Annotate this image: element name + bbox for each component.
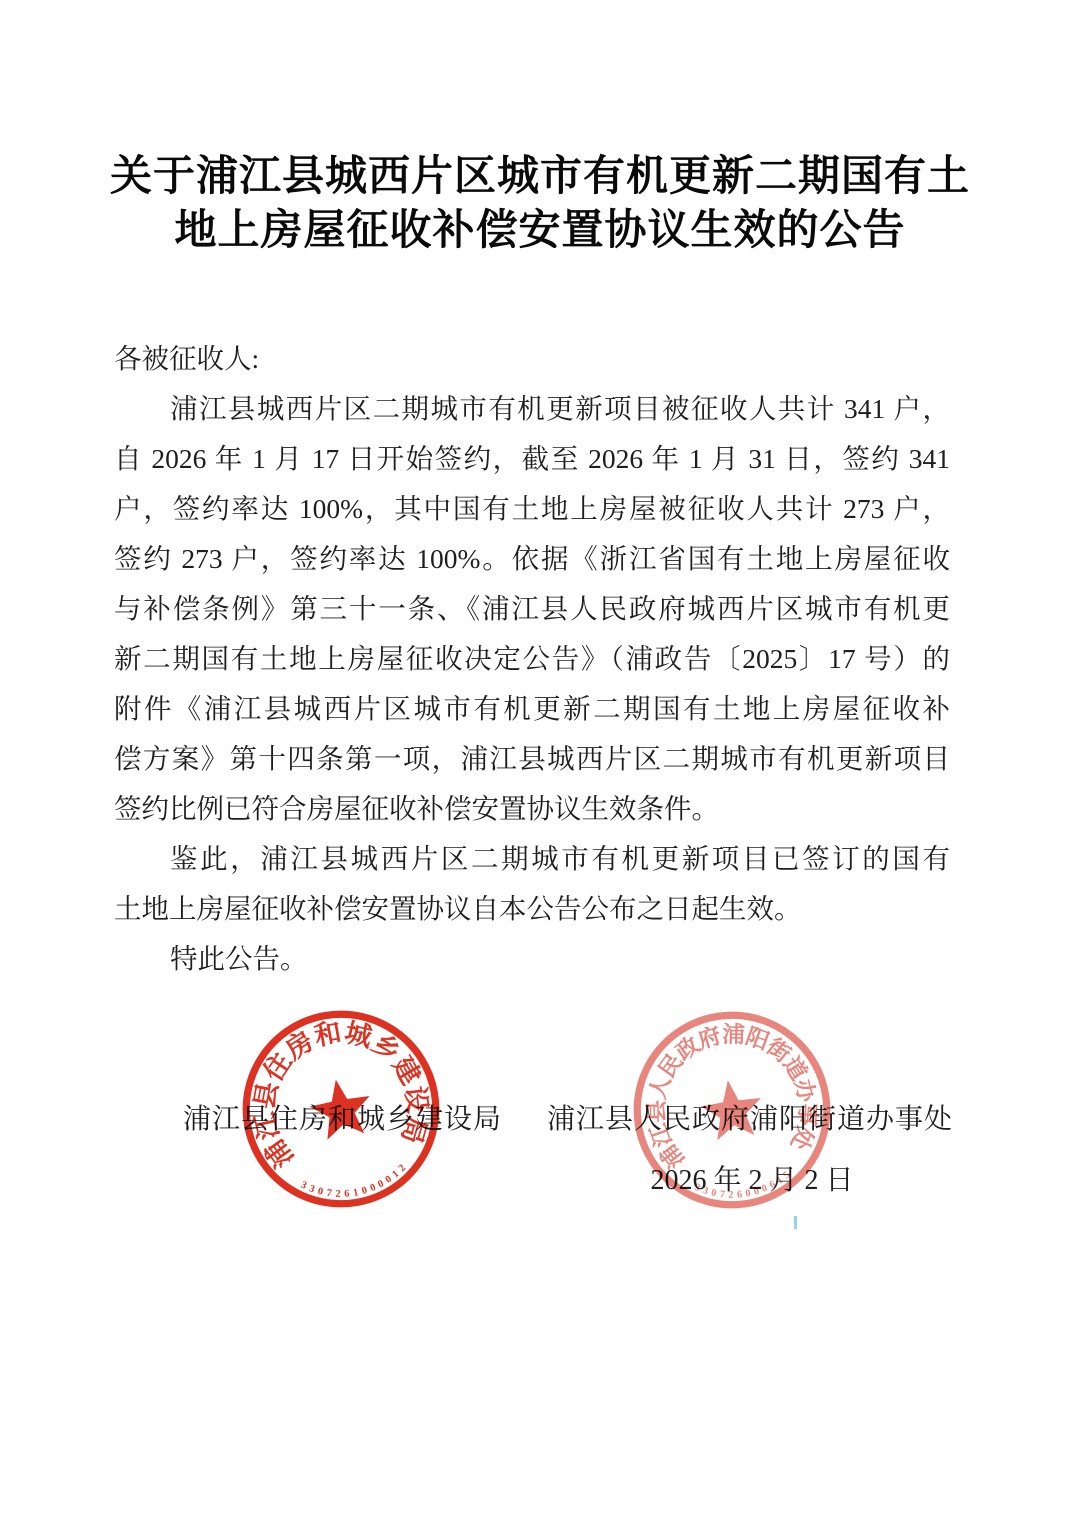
body-line: 偿方案》第十四条第一项，浦江县城西片区二期城市有机更新项目: [114, 734, 950, 784]
svg-text:民: 民: [654, 1049, 688, 1082]
title-line-1: 关于浦江县城西片区城市有机更新二期国有土: [0, 150, 1080, 204]
svg-text:街: 街: [762, 1034, 796, 1068]
svg-text:办: 办: [790, 1076, 820, 1106]
seal-org-arc-text: 浦江县住房和城乡建设局: [235, 1004, 440, 1176]
svg-text:0: 0: [369, 1182, 378, 1194]
svg-text:1: 1: [352, 1187, 359, 1199]
svg-text:0: 0: [361, 1185, 369, 1197]
body-line: 浦江县城西片区二期城市有机更新项目被征收人共计 341 户，: [114, 384, 950, 434]
body-line: 新二期国有土地上房屋征收决定公告》（浦政告〔2025〕17 号）的: [114, 634, 950, 684]
svg-text:2: 2: [397, 1163, 408, 1174]
svg-text:1: 1: [390, 1169, 401, 1181]
body-line: 自 2026 年 1 月 17 日开始签约，截至 2026 年 1 月 31 日…: [114, 434, 950, 484]
body-line: 特此公告。: [114, 934, 950, 984]
svg-text:6: 6: [344, 1188, 350, 1199]
page-title: 关于浦江县城西片区城市有机更新二期国有土 地上房屋征收补偿安置协议生效的公告: [0, 150, 1080, 258]
body-line: 签约 273 户，签约率达 100%。依据《浙江省国有土地上房屋征收: [114, 534, 950, 584]
svg-text:阳: 阳: [743, 1023, 773, 1054]
body-line: 签约比例已符合房屋征收补偿安置协议生效条件。: [114, 784, 950, 834]
document-body: 各被征收人: 浦江县城西片区二期城市有机更新项目被征收人共计 341 户， 自 …: [114, 334, 950, 984]
body-line: 鉴此，浦江县城西片区二期城市有机更新项目已签订的国有: [114, 834, 950, 884]
seal-number-arc-text: 3307261000012: [297, 1161, 411, 1208]
svg-text:政: 政: [671, 1032, 704, 1066]
svg-text:府: 府: [695, 1022, 725, 1054]
svg-text:乡: 乡: [366, 1027, 406, 1068]
svg-text:浦: 浦: [259, 1134, 299, 1173]
signature-right-org: 浦江县人民政府浦阳街道办事处: [547, 1103, 953, 1137]
signature-left-org: 浦江县住房和城乡建设局: [183, 1103, 502, 1137]
svg-text:0: 0: [384, 1174, 394, 1186]
svg-text:3: 3: [308, 1183, 317, 1195]
svg-text:7: 7: [326, 1188, 333, 1200]
svg-text:浦: 浦: [722, 1022, 746, 1047]
svg-text:2: 2: [335, 1189, 341, 1200]
body-line: 土地上房屋征收补偿安置协议自本公告公布之日起生效。: [114, 884, 950, 934]
salutation: 各被征收人:: [114, 334, 950, 384]
body-line: 与补偿条例》第三十一条、《浦江县人民政府城西片区城市有机更: [114, 584, 950, 634]
svg-text:道: 道: [778, 1052, 812, 1086]
svg-text:0: 0: [376, 1178, 386, 1190]
body-line: 户，签约率达 100%，其中国有土地上房屋被征收人共计 273 户，: [114, 484, 950, 534]
svg-text:城: 城: [342, 1017, 375, 1052]
svg-text:住: 住: [258, 1047, 298, 1086]
seal-org-arc-text: 浦江县人民政府浦阳街道办事处: [632, 1009, 828, 1176]
body-line: 附件《浦江县城西片区城市有机更新二期国有土地上房屋征收补: [114, 684, 950, 734]
svg-text:0: 0: [316, 1186, 324, 1198]
svg-text:建: 建: [387, 1051, 427, 1089]
svg-text:房: 房: [279, 1025, 319, 1066]
svg-text:人: 人: [645, 1073, 676, 1102]
scan-artifact-mark: [794, 1216, 797, 1229]
document-date: 2026 年 2 月 2 日: [547, 1163, 957, 1199]
svg-text:和: 和: [312, 1017, 344, 1051]
svg-text:3: 3: [299, 1180, 308, 1192]
announcement-page: 关于浦江县城西片区城市有机更新二期国有土 地上房屋征收补偿安置协议生效的公告 各…: [0, 0, 1080, 1527]
title-line-2: 地上房屋征收补偿安置协议生效的公告: [0, 204, 1080, 258]
